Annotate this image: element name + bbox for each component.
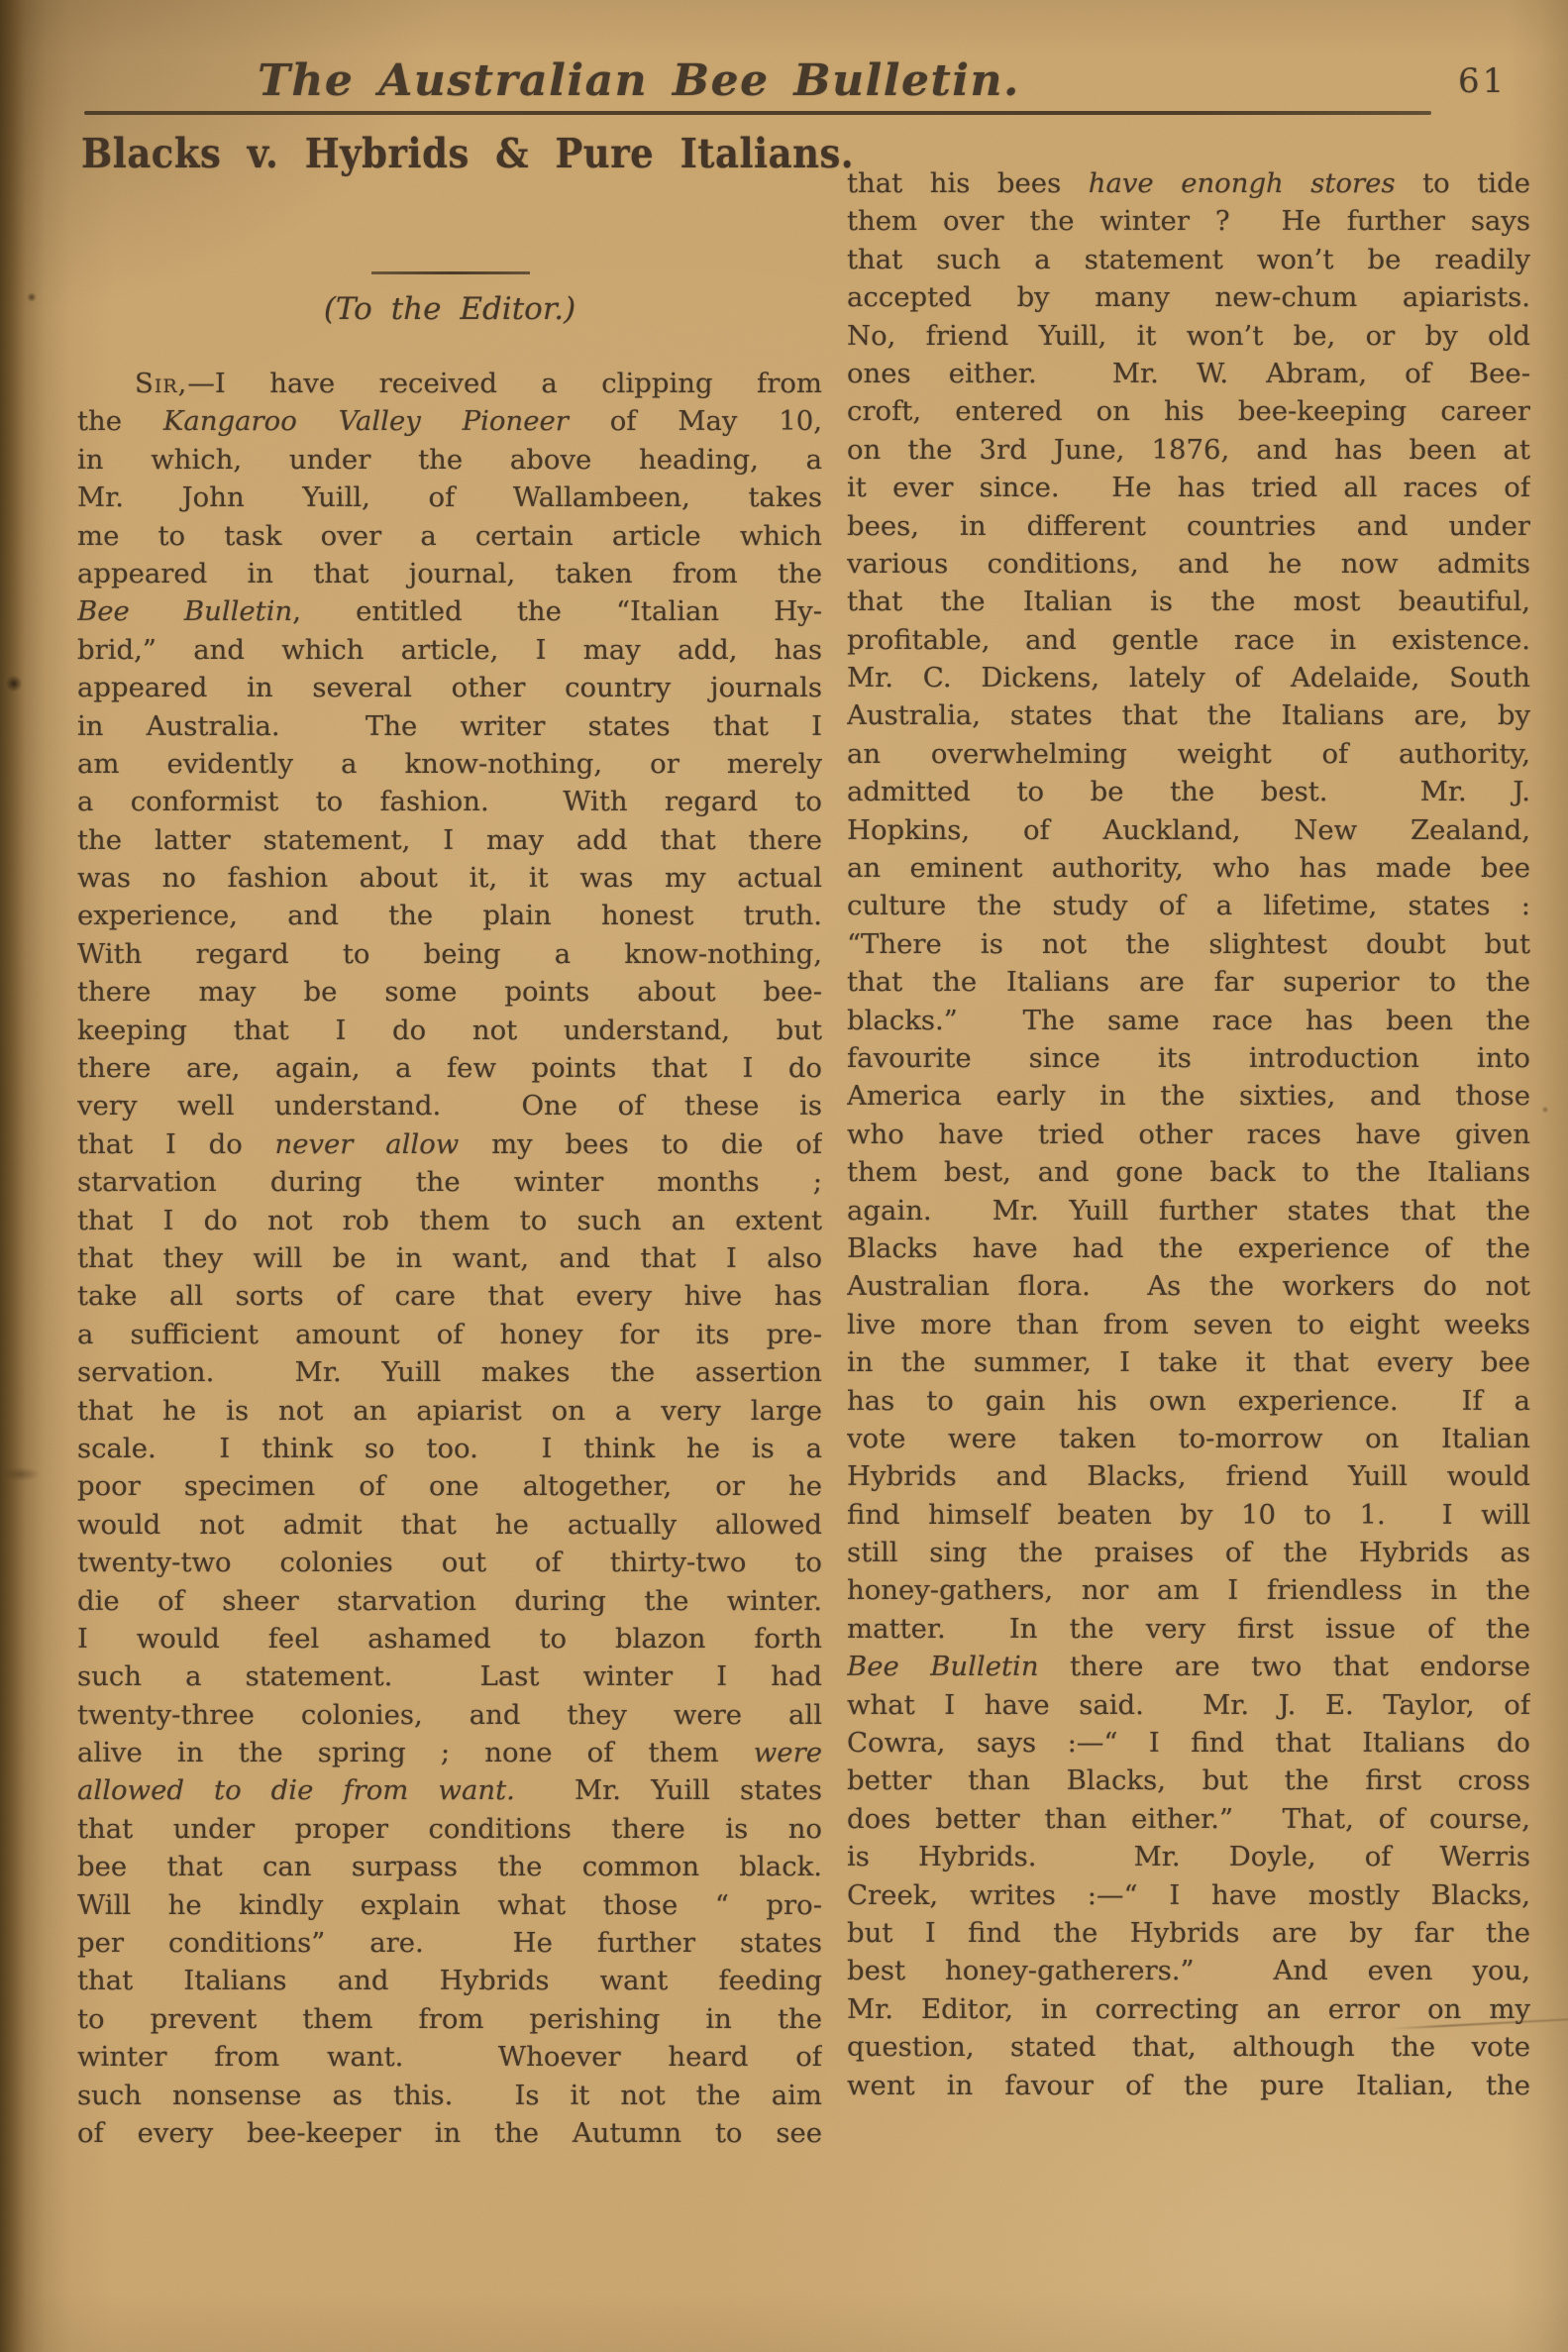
text-line: scale. I think so too. I think he is a	[77, 1430, 822, 1467]
text-line: experience, and the plain honest truth.	[77, 897, 822, 934]
italic-text: allowed to die from want.	[77, 1774, 515, 1806]
page-number: 61	[1458, 61, 1527, 101]
text-segment: scale. I think so too. I think he is a	[77, 1433, 822, 1464]
text-segment: that Italians and Hybrids want feeding	[77, 1965, 822, 1996]
text-segment: twenty-two colonies out of thirty-two to	[77, 1547, 822, 1578]
text-segment: a sufficient amount of honey for its pre…	[77, 1319, 822, 1350]
text-line: in the summer, I take it that every bee	[847, 1343, 1530, 1381]
text-segment: to prevent them from perishing in the	[77, 2003, 822, 2035]
smallcaps-text: Sir,	[135, 368, 187, 399]
journal-masthead: The Australian Bee Bulletin.	[0, 55, 1278, 106]
text-segment: No, friend Yuill, it won’t be, or by old	[847, 320, 1530, 352]
text-line: that they will be in want, and that I al…	[77, 1239, 822, 1277]
text-segment: better than Blacks, but the first cross	[847, 1764, 1530, 1796]
text-segment: there may be some points about bee-	[77, 976, 822, 1008]
text-segment: has to gain his own experience. If a	[847, 1385, 1530, 1417]
text-line: poor specimen of one altogether, or he	[77, 1467, 822, 1505]
text-segment: an eminent authority, who has made bee	[847, 852, 1530, 884]
text-line: Cowra, says :—“ I find that Italians do	[847, 1724, 1530, 1762]
text-line: that he is not an apiarist on a very lar…	[77, 1392, 822, 1430]
text-segment: Will he kindly explain what those “ pro-	[77, 1889, 822, 1921]
text-line: alive in the spring ; none of them were	[77, 1734, 822, 1771]
text-segment: there are, again, a few points that I do	[77, 1052, 822, 1084]
text-line: an overwhelming weight of authority,	[847, 735, 1530, 773]
text-segment: that they will be in want, and that I al…	[77, 1242, 822, 1274]
text-segment: on the 3rd June, 1876, and has been at	[847, 434, 1530, 466]
text-line: that such a statement won’t be readily	[847, 241, 1530, 278]
text-segment: Blacks have had the experience of the	[847, 1232, 1530, 1264]
text-segment: them over the winter ? He further says	[847, 205, 1530, 237]
text-line: question, stated that, although the vote	[847, 2028, 1530, 2066]
text-line: was no fashion about it, it was my actua…	[77, 859, 822, 897]
text-segment: that under proper conditions there is no	[77, 1813, 822, 1845]
text-line: die of sheer starvation during the winte…	[77, 1582, 822, 1620]
text-segment: went in favour of the pure Italian, the	[847, 2070, 1530, 2101]
text-line: twenty-two colonies out of thirty-two to	[77, 1544, 822, 1581]
text-line: No, friend Yuill, it won’t be, or by old	[847, 317, 1530, 355]
text-segment: that I do	[77, 1128, 275, 1160]
text-line: in which, under the above heading, a	[77, 441, 822, 479]
text-line: me to task over a certain article which	[77, 517, 822, 555]
text-line: to prevent them from perishing in the	[77, 2000, 822, 2038]
text-line: bee that can surpass the common black.	[77, 1848, 822, 1885]
text-line: the latter statement, I may add that the…	[77, 821, 822, 859]
text-line: Australia, states that the Italians are,…	[847, 696, 1530, 734]
text-segment: such nonsense as this. Is it not the aim	[77, 2080, 822, 2111]
text-segment: servation. Mr. Yuill makes the assertion	[77, 1356, 822, 1388]
text-line: best honey-gatherers.” And even you,	[847, 1952, 1530, 1989]
text-segment: that he is not an apiarist on a very lar…	[77, 1395, 822, 1427]
text-segment: is Hybrids. Mr. Doyle, of Werris	[847, 1841, 1530, 1872]
text-segment: , entitled the “Italian Hy-	[292, 595, 822, 627]
text-segment: in Australia. The writer states that I	[77, 710, 822, 742]
text-segment: there are two that endorse	[1039, 1651, 1530, 1682]
text-segment: bees, in different countries and under	[847, 510, 1530, 542]
text-segment: brid,” and which article, I may add, has	[77, 634, 822, 666]
text-segment: it ever since. He has tried all races of	[847, 472, 1530, 503]
text-segment: Australia, states that the Italians are,…	[847, 699, 1530, 731]
text-line: appeared in that journal, taken from the	[77, 555, 822, 592]
text-segment: in which, under the above heading, a	[77, 444, 822, 476]
text-line: profitable, and gentle race in existence…	[847, 621, 1530, 659]
text-segment: appeared in several other country journa…	[77, 672, 822, 703]
text-line: what I have said. Mr. J. E. Taylor, of	[847, 1686, 1530, 1724]
text-line: such a statement. Last winter I had	[77, 1657, 822, 1695]
text-segment: Hybrids and Blacks, friend Yuill would	[847, 1460, 1530, 1492]
text-line: a conformist to fashion. With regard to	[77, 783, 822, 820]
italic-text: Kangaroo Valley Pioneer	[163, 405, 569, 437]
text-segment: that I do not rob them to such an extent	[77, 1205, 822, 1236]
text-segment: what I have said. Mr. J. E. Taylor, of	[847, 1689, 1530, 1721]
text-line: there are, again, a few points that I do	[77, 1049, 822, 1087]
text-segment: croft, entered on his bee-keeping career	[847, 395, 1530, 427]
text-line: who have tried other races have given	[847, 1116, 1530, 1153]
text-segment: Creek, writes :—“ I have mostly Blacks,	[847, 1879, 1530, 1911]
text-segment: winter from want. Whoever heard of	[77, 2041, 822, 2073]
text-line: twenty-three colonies, and they were all	[77, 1696, 822, 1734]
italic-text: have enongh stores	[1089, 167, 1396, 199]
text-line: them best, and gone back to the Italians	[847, 1153, 1530, 1191]
text-line: Blacks have had the experience of the	[847, 1229, 1530, 1267]
text-segment: was no fashion about it, it was my actua…	[77, 862, 822, 894]
italic-text: Bee Bulletin	[847, 1651, 1039, 1682]
text-line: ones either. Mr. W. Abram, of Bee-	[847, 355, 1530, 392]
text-line: Creek, writes :—“ I have mostly Blacks,	[847, 1876, 1530, 1914]
text-line: that Italians and Hybrids want feeding	[77, 1962, 822, 1999]
italic-text: Bee Bulletin	[77, 595, 292, 627]
text-segment: With regard to being a know-nothing,	[77, 938, 822, 970]
text-segment: culture the study of a lifetime, states …	[847, 890, 1530, 921]
text-line: the Kangaroo Valley Pioneer of May 10,	[77, 402, 822, 440]
text-segment: Mr. John Yuill, of Wallambeen, takes	[77, 481, 822, 513]
text-line: vote were taken to-morrow on Italian	[847, 1420, 1530, 1457]
text-line: that the Italian is the most beautiful,	[847, 583, 1530, 620]
text-segment: an overwhelming weight of authority,	[847, 738, 1530, 770]
text-segment: a conformist to fashion. With regard to	[77, 786, 822, 817]
left-column-text: Sir,—I have received a clipping fromthe …	[77, 365, 822, 2152]
text-line: such nonsense as this. Is it not the aim	[77, 2077, 822, 2114]
article-title-rule	[371, 271, 530, 274]
text-segment: Mr. Yuill states	[515, 1774, 822, 1806]
text-line: Bee Bulletin there are two that endorse	[847, 1648, 1530, 1685]
text-line: accepted by many new-chum apiarists.	[847, 278, 1530, 316]
text-line: “There is not the slightest doubt but	[847, 925, 1530, 963]
text-segment: “There is not the slightest doubt but	[847, 928, 1530, 960]
text-segment: keeping that I do not understand, but	[77, 1015, 822, 1046]
text-line: matter. In the very first issue of the	[847, 1610, 1530, 1648]
text-segment: alive in the spring ; none of them	[77, 1737, 754, 1768]
text-line: winter from want. Whoever heard of	[77, 2038, 822, 2076]
text-segment: still sing the praises of the Hybrids as	[847, 1537, 1530, 1568]
text-segment: the	[77, 405, 163, 437]
text-segment: of May 10,	[569, 405, 822, 437]
text-line: that the Italians are far superior to th…	[847, 963, 1530, 1001]
text-line: take all sorts of care that every hive h…	[77, 1277, 822, 1315]
text-segment: matter. In the very first issue of the	[847, 1613, 1530, 1645]
text-segment: to tide	[1396, 167, 1530, 199]
text-line: Hybrids and Blacks, friend Yuill would	[847, 1457, 1530, 1495]
text-line: is Hybrids. Mr. Doyle, of Werris	[847, 1838, 1530, 1875]
text-line: I would feel ashamed to blazon forth	[77, 1620, 822, 1657]
text-line: brid,” and which article, I may add, has	[77, 631, 822, 669]
text-segment: that the Italians are far superior to th…	[847, 966, 1530, 998]
text-segment: the latter statement, I may add that the…	[77, 824, 822, 856]
text-segment: that such a statement won’t be readily	[847, 244, 1530, 275]
text-segment: that the Italian is the most beautiful,	[847, 586, 1530, 617]
text-line: does better than either.” That, of cours…	[847, 1800, 1530, 1838]
text-line: but I find the Hybrids are by far the	[847, 1914, 1530, 1952]
text-line: Will he kindly explain what those “ pro-	[77, 1886, 822, 1924]
text-segment: Cowra, says :—“ I find that Italians do	[847, 1727, 1530, 1759]
text-segment: I would feel ashamed to blazon forth	[77, 1623, 822, 1655]
text-segment: blacks.” The same race has been the	[847, 1005, 1530, 1036]
text-line: culture the study of a lifetime, states …	[847, 887, 1530, 924]
text-segment: Australian flora. As the workers do not	[847, 1270, 1530, 1302]
salutation: (To the Editor.)	[77, 291, 822, 327]
text-segment: admitted to be the best. Mr. J.	[847, 776, 1530, 807]
text-line: keeping that I do not understand, but	[77, 1012, 822, 1049]
text-line: that under proper conditions there is no	[77, 1810, 822, 1848]
text-segment: in the summer, I take it that every bee	[847, 1346, 1530, 1378]
text-segment: am evidently a know-nothing, or merely	[77, 748, 822, 780]
text-segment: profitable, and gentle race in existence…	[847, 624, 1530, 656]
text-line: servation. Mr. Yuill makes the assertion	[77, 1353, 822, 1391]
text-line: Sir,—I have received a clipping from	[77, 365, 822, 402]
text-line: With regard to being a know-nothing,	[77, 935, 822, 973]
right-column-text: that his bees have enongh stores to tide…	[847, 164, 1530, 2104]
text-line: went in favour of the pure Italian, the	[847, 2067, 1530, 2104]
text-segment: my bees to die of	[459, 1128, 822, 1160]
text-line: again. Mr. Yuill further states that the	[847, 1192, 1530, 1229]
text-line: honey-gathers, nor am I friendless in th…	[847, 1571, 1530, 1609]
text-line: there may be some points about bee-	[77, 973, 822, 1011]
text-segment: would not admit that he actually allowed	[77, 1509, 822, 1541]
text-line: admitted to be the best. Mr. J.	[847, 773, 1530, 810]
text-line: them over the winter ? He further says	[847, 202, 1530, 240]
text-line: blacks.” The same race has been the	[847, 1002, 1530, 1039]
text-line: very well understand. One of these is	[77, 1087, 822, 1124]
text-line: an eminent authority, who has made bee	[847, 849, 1530, 887]
text-segment: find himself beaten by 10 to 1. I will	[847, 1499, 1530, 1531]
text-segment: die of sheer starvation during the winte…	[77, 1585, 822, 1617]
text-line: am evidently a know-nothing, or merely	[77, 745, 822, 783]
text-segment: Hopkins, of Auckland, New Zealand,	[847, 814, 1530, 846]
text-segment: experience, and the plain honest truth.	[77, 900, 822, 931]
text-line: starvation during the winter months ;	[77, 1163, 822, 1201]
text-line: Bee Bulletin, entitled the “Italian Hy-	[77, 592, 822, 630]
text-line: Mr. Editor, in correcting an error on my	[847, 1990, 1530, 2028]
text-line: appeared in several other country journa…	[77, 669, 822, 706]
text-line: that I do never allow my bees to die of	[77, 1125, 822, 1163]
scanned-page: The Australian Bee Bulletin. 61 Blacks v…	[0, 0, 1568, 2352]
text-line: Mr. C. Dickens, lately of Adelaide, Sout…	[847, 659, 1530, 696]
text-segment: of every bee-keeper in the Autumn to see	[77, 2117, 822, 2149]
text-segment: question, stated that, although the vote	[847, 2031, 1530, 2063]
text-segment: that his bees	[847, 167, 1089, 199]
text-line: Australian flora. As the workers do not	[847, 1267, 1530, 1305]
text-segment: does better than either.” That, of cours…	[847, 1803, 1530, 1835]
text-segment: Mr. Editor, in correcting an error on my	[847, 1993, 1530, 2025]
text-line: find himself beaten by 10 to 1. I will	[847, 1496, 1530, 1534]
text-segment: them best, and gone back to the Italians	[847, 1156, 1530, 1188]
text-line: on the 3rd June, 1876, and has been at	[847, 431, 1530, 469]
text-segment: America early in the sixties, and those	[847, 1080, 1530, 1112]
text-line: that I do not rob them to such an extent	[77, 1202, 822, 1239]
italic-text: were	[754, 1737, 822, 1768]
text-segment: favourite since its introduction into	[847, 1042, 1530, 1074]
text-segment: vote were taken to-morrow on Italian	[847, 1423, 1530, 1454]
text-segment: best honey-gatherers.” And even you,	[847, 1955, 1530, 1986]
header-rule	[84, 111, 1431, 115]
text-segment: very well understand. One of these is	[77, 1090, 822, 1122]
text-segment: appeared in that journal, taken from the	[77, 558, 822, 589]
text-segment: Mr. C. Dickens, lately of Adelaide, Sout…	[847, 662, 1530, 694]
text-line: that his bees have enongh stores to tide	[847, 164, 1530, 202]
text-line: live more than from seven to eight weeks	[847, 1306, 1530, 1343]
page-content: The Australian Bee Bulletin. 61 Blacks v…	[0, 0, 1568, 2352]
text-line: various conditions, and he now admits	[847, 545, 1530, 583]
text-segment: me to task over a certain article which	[77, 520, 822, 552]
italic-text: never allow	[275, 1128, 460, 1160]
text-segment: take all sorts of care that every hive h…	[77, 1280, 822, 1312]
text-segment: who have tried other races have given	[847, 1119, 1530, 1150]
text-segment: but I find the Hybrids are by far the	[847, 1917, 1530, 1949]
text-line: favourite since its introduction into	[847, 1039, 1530, 1077]
text-line: America early in the sixties, and those	[847, 1077, 1530, 1115]
text-line: Mr. John Yuill, of Wallambeen, takes	[77, 479, 822, 516]
text-line: still sing the praises of the Hybrids as	[847, 1534, 1530, 1571]
text-segment: again. Mr. Yuill further states that the	[847, 1195, 1530, 1227]
text-segment: various conditions, and he now admits	[847, 548, 1530, 580]
text-line: croft, entered on his bee-keeping career	[847, 392, 1530, 430]
text-segment: such a statement. Last winter I had	[77, 1660, 822, 1692]
text-segment: per conditions” are. He further states	[77, 1927, 822, 1959]
article-title: Blacks v. Hybrids & Pure Italians.	[81, 129, 854, 177]
text-segment: starvation during the winter months ;	[77, 1166, 822, 1198]
text-line: per conditions” are. He further states	[77, 1924, 822, 1962]
text-line: of every bee-keeper in the Autumn to see	[77, 2114, 822, 2152]
text-segment: poor specimen of one altogether, or he	[77, 1470, 822, 1502]
text-line: a sufficient amount of honey for its pre…	[77, 1316, 822, 1353]
text-line: has to gain his own experience. If a	[847, 1382, 1530, 1420]
text-segment: ones either. Mr. W. Abram, of Bee-	[847, 358, 1530, 389]
text-line: Hopkins, of Auckland, New Zealand,	[847, 811, 1530, 849]
text-segment: bee that can surpass the common black.	[77, 1851, 822, 1882]
text-line: better than Blacks, but the first cross	[847, 1762, 1530, 1799]
text-segment: honey-gathers, nor am I friendless in th…	[847, 1574, 1530, 1606]
text-segment: accepted by many new-chum apiarists.	[847, 281, 1530, 313]
text-segment: —I have received a clipping from	[187, 368, 822, 399]
text-line: in Australia. The writer states that I	[77, 707, 822, 745]
text-line: it ever since. He has tried all races of	[847, 469, 1530, 506]
text-segment: twenty-three colonies, and they were all	[77, 1699, 822, 1731]
text-segment: live more than from seven to eight weeks	[847, 1309, 1530, 1340]
text-line: bees, in different countries and under	[847, 507, 1530, 545]
text-line: would not admit that he actually allowed	[77, 1506, 822, 1544]
text-line: allowed to die from want. Mr. Yuill stat…	[77, 1771, 822, 1809]
